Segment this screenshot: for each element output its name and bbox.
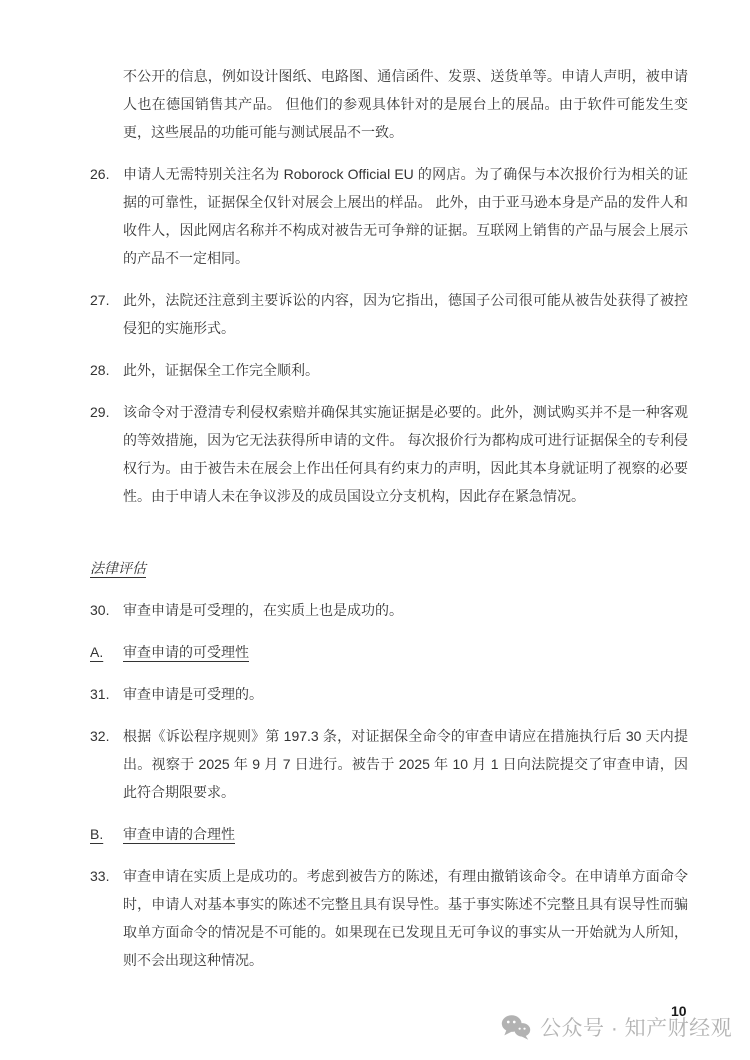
section-heading-text: 法律评估	[90, 554, 146, 582]
subsection-heading-A: A.审查申请的可受理性	[90, 638, 688, 666]
paragraph-32: 32.根据《诉讼程序规则》第 197.3 条，对证据保全命令的审查申请应在措施执…	[90, 722, 688, 806]
paragraph-text: 审查申请是可受理的，在实质上也是成功的。	[123, 596, 688, 624]
paragraph-text: 不公开的信息，例如设计图纸、电路图、通信函件、发票、送货单等。申请人声明，被申请…	[123, 62, 688, 146]
paragraph-text: 此外，证据保全工作完全顺利。	[123, 356, 688, 384]
wechat-icon	[501, 1013, 531, 1042]
paragraph-text: 审查申请在实质上是成功的。考虑到被告方的陈述，有理由撤销该命令。在申请单方面命令…	[123, 862, 688, 974]
paragraph-30: 30.审查申请是可受理的，在实质上也是成功的。	[90, 596, 688, 624]
paragraph-31: 31.审查申请是可受理的。	[90, 680, 688, 708]
paragraph-number: 30.	[90, 596, 123, 624]
watermark: 公众号 · 知产财经观	[501, 1012, 732, 1042]
paragraph-text: 根据《诉讼程序规则》第 197.3 条，对证据保全命令的审查申请应在措施执行后 …	[123, 722, 688, 806]
paragraph-text: 审查申请是可受理的。	[123, 680, 688, 708]
paragraph-text: 该命令对于澄清专利侵权索赔并确保其实施证据是必要的。此外，测试购买并不是一种客观…	[123, 398, 688, 510]
document-page: 不公开的信息，例如设计图纸、电路图、通信函件、发票、送货单等。申请人声明，被申请…	[0, 0, 750, 1060]
paragraph-27: 27.此外，法院还注意到主要诉讼的内容，因为它指出，德国子公司很可能从被告处获得…	[90, 286, 688, 342]
paragraph-number: B.	[90, 820, 123, 848]
watermark-text: 公众号 · 知产财经观	[540, 1012, 732, 1042]
paragraph-number: 28.	[90, 356, 123, 384]
paragraph-number: 27.	[90, 286, 123, 342]
paragraph-number: 33.	[90, 862, 123, 974]
paragraph-26: 26.申请人无需特别关注名为 Roborock Official EU 的网店。…	[90, 160, 688, 272]
paragraph-29: 29.该命令对于澄清专利侵权索赔并确保其实施证据是必要的。此外，测试购买并不是一…	[90, 398, 688, 510]
paragraph-33: 33.审查申请在实质上是成功的。考虑到被告方的陈述，有理由撤销该命令。在申请单方…	[90, 862, 688, 974]
subsection-heading-B: B.审查申请的合理性	[90, 820, 688, 848]
paragraph-number: 26.	[90, 160, 123, 272]
section-heading: 法律评估	[90, 554, 688, 582]
paragraph-number: 29.	[90, 398, 123, 510]
paragraph-indent	[90, 62, 123, 146]
page-number: 10	[671, 1003, 687, 1019]
paragraph-text: 审查申请的可受理性	[123, 638, 249, 666]
document-body: 不公开的信息，例如设计图纸、电路图、通信函件、发票、送货单等。申请人声明，被申请…	[90, 62, 688, 988]
paragraph-text: 申请人无需特别关注名为 Roborock Official EU 的网店。为了确…	[123, 160, 688, 272]
paragraph-text: 此外，法院还注意到主要诉讼的内容，因为它指出，德国子公司很可能从被告处获得了被控…	[123, 286, 688, 342]
paragraph-number: 32.	[90, 722, 123, 806]
paragraph-number: A.	[90, 638, 123, 666]
continuation-paragraph: 不公开的信息，例如设计图纸、电路图、通信函件、发票、送货单等。申请人声明，被申请…	[90, 62, 688, 146]
paragraph-28: 28.此外，证据保全工作完全顺利。	[90, 356, 688, 384]
paragraph-number: 31.	[90, 680, 123, 708]
paragraph-text: 审查申请的合理性	[123, 820, 235, 848]
